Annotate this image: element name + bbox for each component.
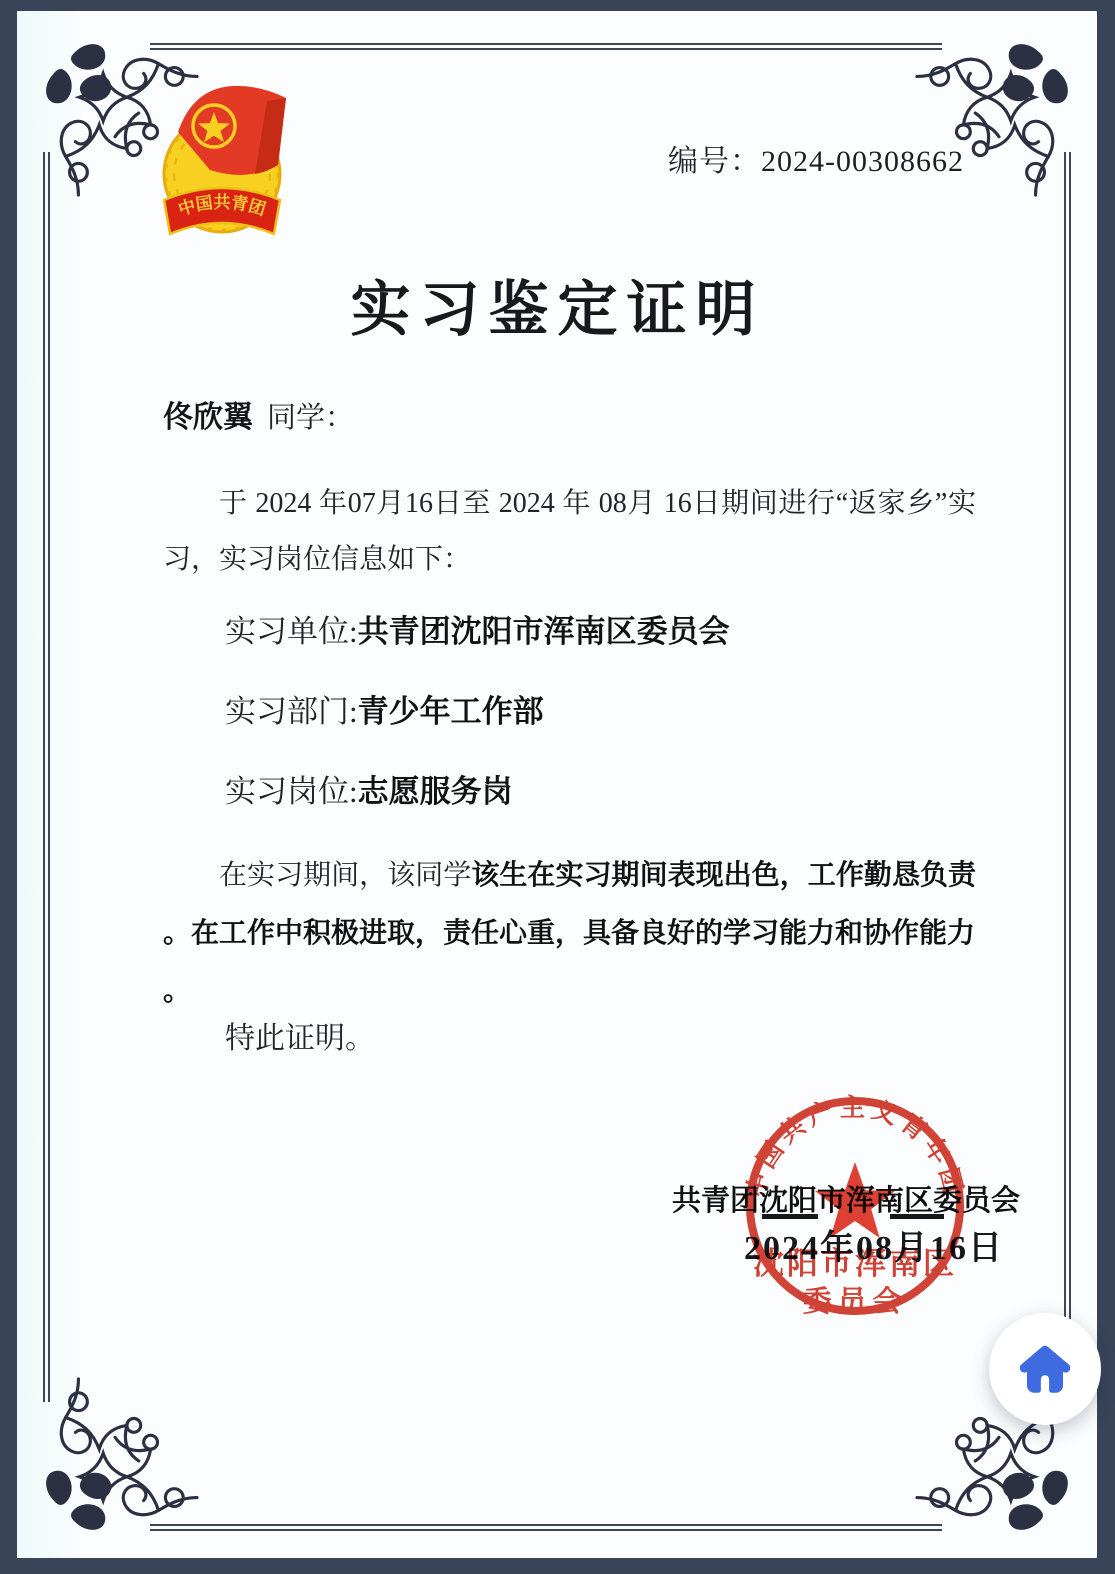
seal-region-text: 沈阳市浑南区 (753, 1246, 957, 1281)
youth-league-badge: 中国共青团 (148, 70, 298, 240)
evaluation-paragraph: 在实习期间，该同学该生在实习期间表现出色，工作勤恳负责。在工作中积极进取，责任心… (163, 846, 976, 1019)
closing-statement: 特此证明。 (225, 1013, 375, 1057)
certificate-screenshot: { "colors": { "background": "#3a4459", "… (0, 0, 1115, 1574)
field-internship-position: 实习岗位:志愿服务岗 (225, 766, 513, 811)
field-label: 实习部门: (225, 694, 358, 729)
home-button[interactable] (989, 1313, 1101, 1425)
corner-flourish-bottom-left (32, 1376, 200, 1544)
evaluation-prefix: 在实习期间，该同学 (219, 860, 471, 891)
frame-line-top (150, 43, 942, 50)
intro-paragraph: 于 2024 年07月16日至 2024 年 08月 16日期间进行“返家乡”实… (163, 476, 976, 588)
field-internship-unit: 实习单位:共青团沈阳市浑南区委员会 (225, 606, 730, 651)
seal-committee-text: 委员会 (802, 1285, 907, 1318)
salutation-suffix: 同学： (267, 402, 354, 434)
field-label: 实习岗位: (225, 774, 358, 809)
seal-star (815, 1162, 895, 1238)
evaluation-ending: 。 (163, 962, 976, 1019)
home-icon (1012, 1336, 1078, 1402)
serial-number: 编号：2024-00308662 (668, 136, 964, 180)
field-label: 实习单位: (225, 614, 358, 649)
frame-line-bottom (150, 1524, 942, 1531)
official-seal: 中国共产主义青年团 沈阳市浑南区 委员会 (738, 1082, 972, 1330)
field-value: 青少年工作部 (358, 694, 544, 729)
field-internship-department: 实习部门:青少年工作部 (225, 686, 544, 731)
certificate-title: 实习鉴定证明 (0, 262, 1115, 348)
student-name: 佟欣翼 (163, 401, 253, 434)
salutation-line: 佟欣翼同学： (163, 392, 354, 436)
field-value: 共青团沈阳市浑南区委员会 (358, 614, 730, 649)
field-value: 志愿服务岗 (358, 774, 513, 809)
